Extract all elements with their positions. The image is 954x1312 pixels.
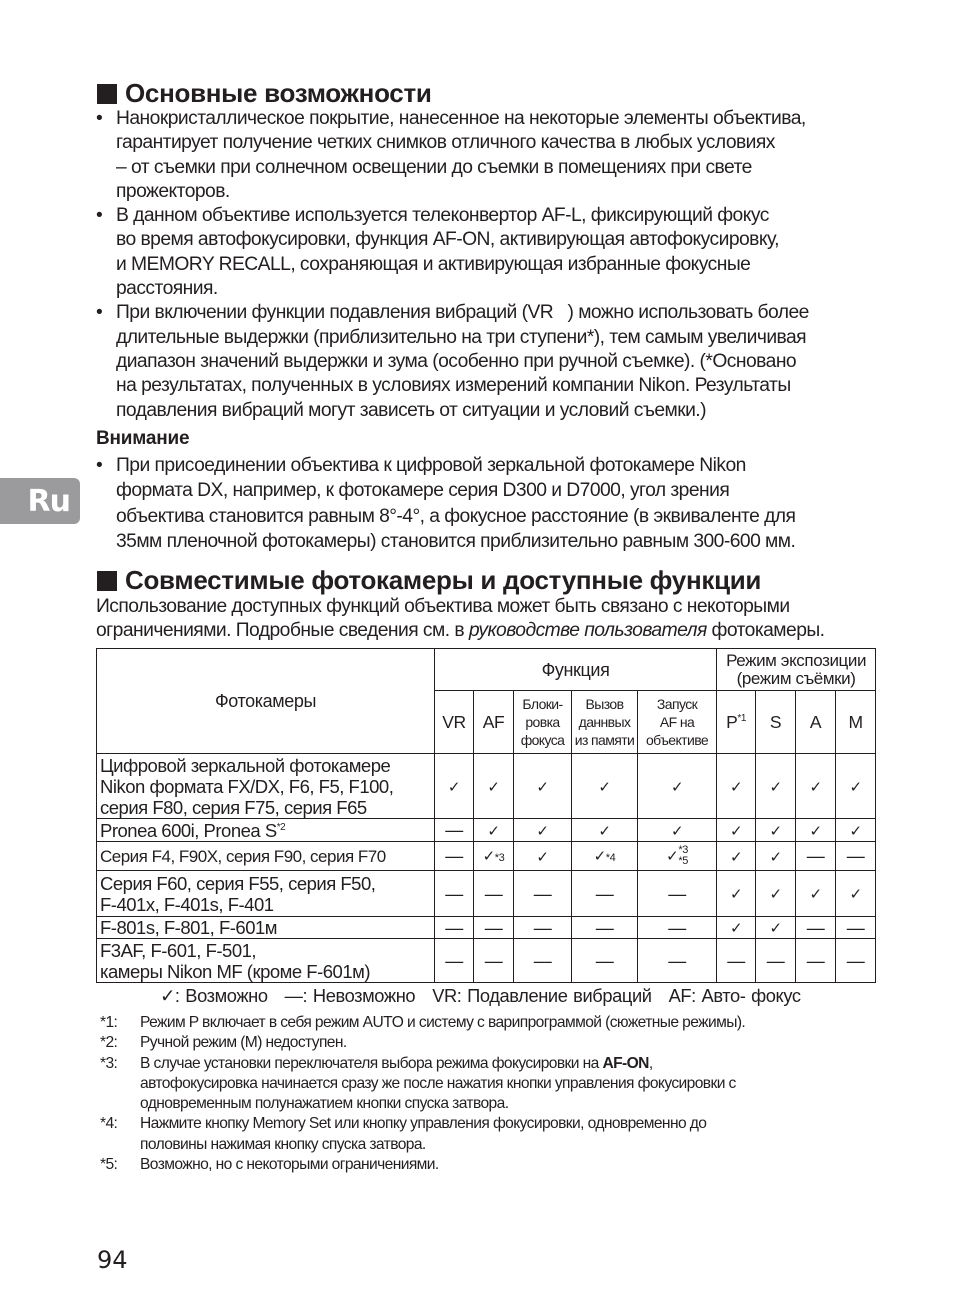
header-function-group: Функция — [435, 649, 717, 691]
supported-cell: ✓ — [435, 754, 474, 819]
unsupported-cell: — — [474, 871, 514, 917]
dash-icon: — — [727, 951, 745, 971]
footnote-ref: *1 — [737, 713, 746, 724]
header-column: AF — [474, 691, 514, 754]
check-icon: ✓ — [730, 822, 742, 840]
dash-icon: — — [847, 918, 865, 938]
check-icon: ✓ — [769, 778, 781, 796]
footnote: *1:Режим P включает в себя режим AUTO и … — [100, 1013, 880, 1033]
check-icon: ✓ — [671, 778, 683, 796]
unsupported-cell: — — [572, 939, 638, 983]
text-line: серия F80, серия F75, серия F65 — [100, 797, 434, 818]
text-line: Возможно, но с некоторыми ограничениями. — [140, 1155, 439, 1175]
supported-cell: ✓ — [717, 754, 756, 819]
text-line: на результатах, полученных в условиях из… — [116, 374, 896, 398]
header-column: ЗапускAF наобъективе — [638, 691, 717, 754]
dash-icon: — — [596, 884, 614, 904]
check-icon: ✓ — [487, 822, 499, 840]
check-icon: ✓ — [769, 919, 781, 937]
footnote-key: *5: — [100, 1155, 140, 1175]
square-bullet-icon — [97, 84, 117, 104]
feature-item: • В данном объективе используется телеко… — [96, 204, 896, 301]
dash-icon: — — [445, 884, 463, 904]
text-line: (режим съёмки) — [717, 670, 875, 688]
check-icon: ✓ — [483, 847, 495, 865]
dash-icon: — — [485, 918, 503, 938]
text-line: VR — [435, 712, 473, 732]
unsupported-cell: — — [572, 871, 638, 917]
dash-icon: — — [668, 951, 686, 971]
text-line: При включении функции подавления вибраци… — [116, 301, 896, 325]
dash-icon: — — [807, 951, 825, 971]
check-icon: ✓ — [594, 847, 606, 865]
footnote: *4:Нажмите кнопку Memory Set или кнопку … — [100, 1114, 880, 1155]
text-line: Нажмите кнопку Memory Set или кнопку упр… — [140, 1114, 706, 1134]
dash-icon: — — [534, 918, 552, 938]
footnote-ref: *4 — [606, 852, 616, 864]
text-line: *5 — [678, 856, 688, 867]
check-icon: ✓ — [730, 919, 742, 937]
dash-icon: — — [596, 918, 614, 938]
camera-name: Серия F4, F90X, серия F90, серия F70 — [97, 842, 435, 871]
header-column: P*1 — [717, 691, 756, 754]
text-line: прожекторов. — [116, 180, 896, 204]
text-line: камеры Nikon MF (кроме F-601м) — [100, 961, 434, 982]
supported-cell: ✓*3 — [474, 842, 514, 871]
check-icon: ✓ — [769, 848, 781, 866]
section-intro: Использование доступных функций объектив… — [96, 595, 896, 644]
check-icon: ✓ — [536, 848, 548, 866]
text-line: фокуса — [514, 731, 571, 749]
supported-cell: ✓ — [756, 917, 796, 939]
text-line: F-801s, F-801, F-601м — [100, 917, 434, 938]
footnote-text: Режим P включает в себя режим AUTO и сис… — [140, 1013, 745, 1033]
footnote: *2:Ручной режим (M) недоступен. — [100, 1033, 880, 1053]
footnote-text: В случае установки переключателя выбора … — [140, 1054, 736, 1115]
section-title: Основные возможности — [125, 78, 432, 109]
table-row: Pronea 600i, Pronea S*2—✓✓✓✓✓✓✓✓ — [97, 819, 876, 842]
text-line: половины нажимая кнопку спуска затвора. — [140, 1135, 706, 1155]
text-line: P*1 — [717, 712, 755, 732]
features-list: • Нанокристаллическое покрытие, нанесенн… — [96, 107, 896, 423]
supported-cell: ✓ — [796, 754, 836, 819]
header-column: M — [836, 691, 876, 754]
unsupported-cell: — — [638, 939, 717, 983]
section-heading-features: Основные возможности — [97, 78, 432, 109]
text-line: диапазон значений выдержки и зума (особе… — [116, 350, 896, 374]
dash-icon: — — [534, 951, 552, 971]
supported-cell: ✓ — [514, 819, 572, 842]
footnote-ref: *2 — [277, 821, 285, 832]
dash-icon: — — [847, 846, 865, 866]
unsupported-cell: — — [474, 939, 514, 983]
text-line: даннвых — [572, 713, 637, 731]
unsupported-cell: — — [836, 939, 876, 983]
supported-cell: ✓ — [836, 819, 876, 842]
feature-item: • Нанокристаллическое покрытие, нанесенн… — [96, 107, 896, 204]
text-line: – от съемки при солнечном освещении до с… — [116, 156, 896, 180]
footnote: *5:Возможно, но с некоторыми ограничения… — [100, 1155, 880, 1175]
dash-icon: — — [445, 820, 463, 840]
text-line: При присоединении объектива к цифровой з… — [116, 453, 896, 478]
check-icon: ✓ — [769, 885, 781, 903]
footnote-key: *3: — [100, 1054, 140, 1115]
text-line: F-401x, F-401s, F-401 — [100, 894, 434, 915]
table-row: Цифровой зеркальной фотокамереNikon форм… — [97, 754, 876, 819]
text-line: Режим экспозиции — [717, 652, 875, 670]
supported-cell: ✓ — [474, 819, 514, 842]
page-number: 94 — [97, 1246, 128, 1274]
section-heading-compatible: Совместимые фотокамеры и доступные функц… — [97, 565, 761, 596]
unsupported-cell: — — [435, 819, 474, 842]
check-icon: ✓ — [671, 822, 683, 840]
footnote-ref: *3*5 — [678, 845, 688, 867]
supported-cell: ✓ — [756, 754, 796, 819]
feature-item: • При включении функции подавления вибра… — [96, 301, 896, 422]
supported-cell: ✓ — [514, 754, 572, 819]
check-icon: ✓ — [849, 822, 861, 840]
manual-reference: руководстве пользователя — [469, 620, 707, 641]
text-line: объективе — [638, 731, 716, 749]
section-title: Совместимые фотокамеры и доступные функц… — [125, 565, 761, 596]
text-line: A — [796, 712, 835, 732]
check-icon: ✓ — [730, 885, 742, 903]
supported-cell: ✓ — [756, 842, 796, 871]
text-line: во время автофокусировки, функция AF-ON,… — [116, 228, 896, 252]
unsupported-cell: — — [638, 917, 717, 939]
check-icon: ✓ — [487, 778, 499, 796]
text-span: фотокамеры. — [707, 620, 825, 641]
text-line: В случае установки переключателя выбора … — [140, 1054, 736, 1074]
check-icon: ✓ — [730, 848, 742, 866]
check-icon: ✓ — [666, 847, 678, 865]
footnote-ref: *3 — [495, 852, 505, 864]
table-row: F-801s, F-801, F-601м—————✓✓—— — [97, 917, 876, 939]
text-line: ровка — [514, 713, 571, 731]
unsupported-cell: — — [756, 939, 796, 983]
text-line: M — [836, 712, 875, 732]
unsupported-cell: — — [796, 842, 836, 871]
camera-name: Цифровой зеркальной фотокамереNikon форм… — [97, 754, 435, 819]
unsupported-cell: — — [514, 939, 572, 983]
dash-icon: — — [847, 951, 865, 971]
text-line: AF — [474, 712, 513, 732]
text-line: Нанокристаллическое покрытие, нанесенное… — [116, 107, 896, 131]
text-line: расстояния. — [116, 277, 896, 301]
dash-icon: — — [445, 846, 463, 866]
check-icon: ✓ — [598, 778, 610, 796]
dash-icon: — — [485, 884, 503, 904]
unsupported-cell: — — [514, 871, 572, 917]
supported-cell: ✓ — [572, 819, 638, 842]
unsupported-cell: — — [572, 917, 638, 939]
camera-name: F-801s, F-801, F-601м — [97, 917, 435, 939]
text-line: 35мм пленочной фотокамеры) становится пр… — [116, 529, 896, 554]
check-icon: ✓ — [598, 822, 610, 840]
footnote-text: Возможно, но с некоторыми ограничениями. — [140, 1155, 439, 1175]
text-line: ограничениями. Подробные сведения см. в … — [96, 619, 896, 643]
text-line: Режим P включает в себя режим AUTO и сис… — [140, 1013, 745, 1033]
check-icon: ✓ — [730, 778, 742, 796]
footnote-text: Ручной режим (M) недоступен. — [140, 1033, 347, 1053]
supported-cell: ✓ — [474, 754, 514, 819]
camera-name: F3AF, F-601, F-501,камеры Nikon MF (кром… — [97, 939, 435, 983]
caution-item: • При присоединении объектива к цифровой… — [96, 453, 896, 554]
caution-heading: Внимание — [96, 428, 189, 450]
text-line: из памяти — [572, 731, 637, 749]
text-line: автофокусировка начинается сразу же посл… — [140, 1074, 736, 1094]
text-line: одновременным полунажатием кнопки спуска… — [140, 1094, 736, 1114]
supported-cell: ✓ — [514, 842, 572, 871]
table-legend: ✓: Возможно —: Невозможно VR: Подавление… — [160, 985, 801, 1007]
header-column: Блоки-ровкафокуса — [514, 691, 572, 754]
text-line: Цифровой зеркальной фотокамере — [100, 755, 434, 776]
header-column: Вызовданнвыхиз памяти — [572, 691, 638, 754]
unsupported-cell: — — [435, 939, 474, 983]
unsupported-cell: — — [796, 917, 836, 939]
text-line: Серия F4, F90X, серия F90, серия F70 — [100, 846, 434, 867]
text-line: гарантирует получение четких снимков отл… — [116, 131, 896, 155]
footnote-key: *1: — [100, 1013, 140, 1033]
text-line: Pronea 600i, Pronea S*2 — [100, 820, 434, 841]
dash-icon: — — [445, 918, 463, 938]
compatibility-table: ФотокамерыФункцияРежим экспозиции(режим … — [96, 648, 876, 983]
dash-icon: — — [596, 951, 614, 971]
supported-cell: ✓ — [638, 819, 717, 842]
header-column: A — [796, 691, 836, 754]
supported-cell: ✓ — [836, 754, 876, 819]
unsupported-cell: — — [514, 917, 572, 939]
dash-icon: — — [807, 918, 825, 938]
text-span: ограничениями. Подробные сведения см. в — [96, 620, 469, 641]
text-line: AF на — [638, 713, 716, 731]
check-icon: ✓ — [849, 778, 861, 796]
text-line: формата DX, например, к фотокамере серия… — [116, 478, 896, 503]
footnotes: *1:Режим P включает в себя режим AUTO и … — [100, 1013, 880, 1175]
supported-cell: ✓ — [717, 819, 756, 842]
check-icon: ✓ — [536, 822, 548, 840]
dash-icon: — — [807, 846, 825, 866]
check-icon: ✓ — [448, 778, 460, 796]
unsupported-cell: — — [474, 917, 514, 939]
unsupported-cell: — — [435, 917, 474, 939]
dash-icon: — — [668, 884, 686, 904]
camera-name: Серия F60, серия F55, серия F50,F-401x, … — [97, 871, 435, 917]
supported-cell: ✓ — [717, 871, 756, 917]
text-line: Запуск — [638, 695, 716, 713]
supported-cell: ✓ — [572, 754, 638, 819]
unsupported-cell: — — [836, 842, 876, 871]
supported-cell: ✓ — [638, 754, 717, 819]
supported-cell: ✓ — [796, 871, 836, 917]
unsupported-cell: — — [717, 939, 756, 983]
unsupported-cell: — — [435, 842, 474, 871]
header-column: VR — [435, 691, 474, 754]
table-row: F3AF, F-601, F-501,камеры Nikon MF (кром… — [97, 939, 876, 983]
supported-cell: ✓ — [756, 871, 796, 917]
supported-cell: ✓ — [717, 842, 756, 871]
check-icon: ✓ — [769, 822, 781, 840]
text-line: Nikon формата FX/DX, F6, F5, F100, — [100, 776, 434, 797]
table-row: Серия F4, F90X, серия F90, серия F70—✓*3… — [97, 842, 876, 871]
dash-icon: — — [767, 951, 785, 971]
unsupported-cell: — — [836, 917, 876, 939]
square-bullet-icon — [97, 571, 117, 591]
language-tab: Ru — [0, 478, 80, 524]
text-line: объектива становится равным 8°-4°, а фок… — [116, 504, 896, 529]
text-line: Использование доступных функций объектив… — [96, 595, 896, 619]
text-line: Ручной режим (M) недоступен. — [140, 1033, 347, 1053]
unsupported-cell: — — [796, 939, 836, 983]
table-header-row: ФотокамерыФункцияРежим экспозиции(режим … — [97, 649, 876, 691]
footnote-key: *4: — [100, 1114, 140, 1155]
supported-cell: ✓*4 — [572, 842, 638, 871]
text-line: подавления вибраций могут зависеть от си… — [116, 399, 896, 423]
bold-term: AF-ON — [602, 1055, 648, 1072]
dash-icon: — — [445, 951, 463, 971]
footnote: *3:В случае установки переключателя выбо… — [100, 1054, 880, 1115]
text-line: Серия F60, серия F55, серия F50, — [100, 873, 434, 894]
unsupported-cell: — — [638, 871, 717, 917]
camera-name: Pronea 600i, Pronea S*2 — [97, 819, 435, 842]
footnote-text: Нажмите кнопку Memory Set или кнопку упр… — [140, 1114, 706, 1155]
header-cameras: Фотокамеры — [97, 649, 435, 754]
supported-cell: ✓ — [717, 917, 756, 939]
text-line: S — [756, 712, 795, 732]
footnote-key: *2: — [100, 1033, 140, 1053]
header-exposure-group: Режим экспозиции(режим съёмки) — [717, 649, 876, 691]
text-line: длительные выдержки (приблизительно на т… — [116, 326, 896, 350]
header-column: S — [756, 691, 796, 754]
supported-cell: ✓ — [836, 871, 876, 917]
check-icon: ✓ — [536, 778, 548, 796]
supported-cell: ✓ — [756, 819, 796, 842]
check-icon: ✓ — [849, 885, 861, 903]
text-line: Блоки- — [514, 695, 571, 713]
caution-list: • При присоединении объектива к цифровой… — [96, 453, 896, 554]
dash-icon: — — [485, 951, 503, 971]
check-icon: ✓ — [809, 778, 821, 796]
supported-cell: ✓*3*5 — [638, 842, 717, 871]
table-row: Серия F60, серия F55, серия F50,F-401x, … — [97, 871, 876, 917]
text-line: и MEMORY RECALL, сохраняющая и активирую… — [116, 253, 896, 277]
text-line: В данном объективе используется телеконв… — [116, 204, 896, 228]
unsupported-cell: — — [435, 871, 474, 917]
check-icon: ✓ — [809, 885, 821, 903]
check-icon: ✓ — [809, 822, 821, 840]
dash-icon: — — [534, 884, 552, 904]
dash-icon: — — [668, 918, 686, 938]
text-line: F3AF, F-601, F-501, — [100, 940, 434, 961]
text-line: Вызов — [572, 695, 637, 713]
supported-cell: ✓ — [796, 819, 836, 842]
